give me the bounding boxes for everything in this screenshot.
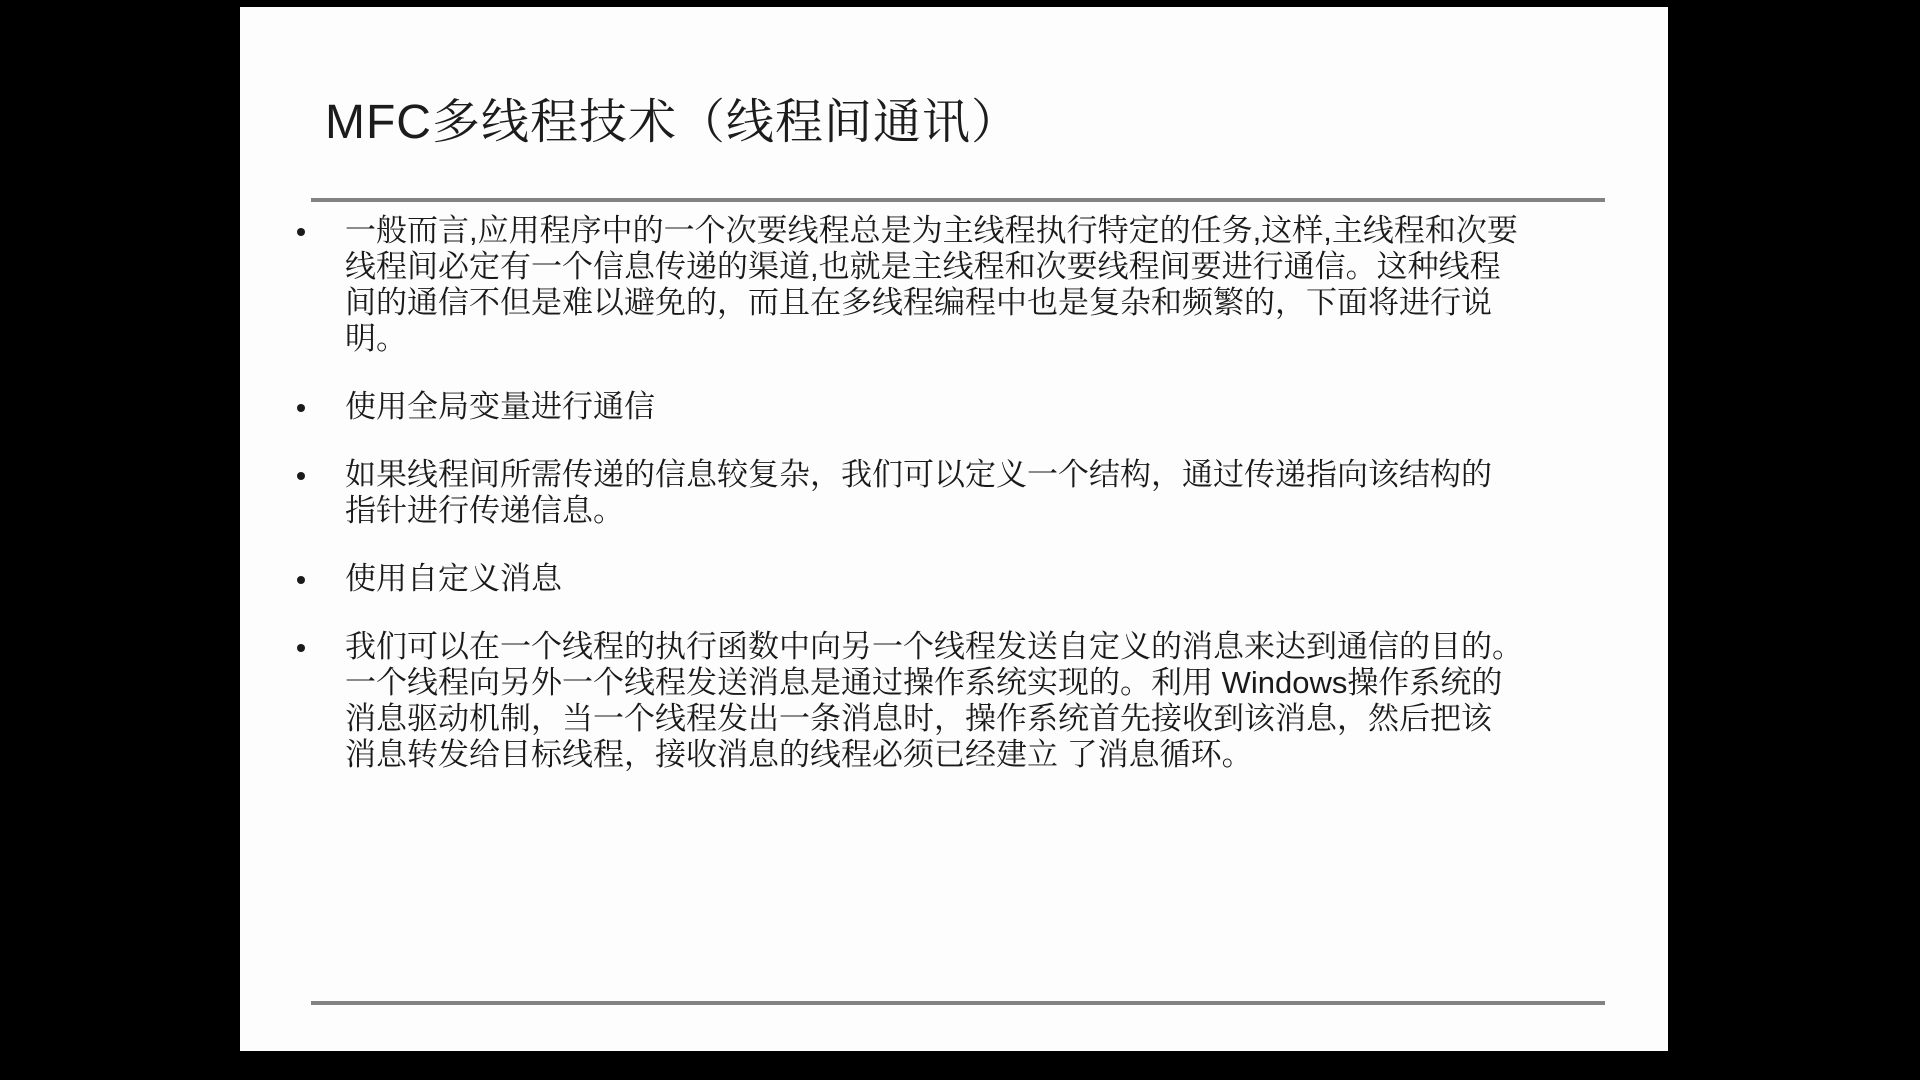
bullet-item: 使用全局变量进行通信 (287, 389, 1627, 425)
bullet-dot-icon (287, 213, 345, 249)
bullet-line: 消息转发给目标线程，接收消息的线程必须已经建立 了消息循环。 (345, 737, 1627, 773)
bullet-line: 使用全局变量进行通信 (345, 389, 1627, 425)
bullet-item: 如果线程间所需传递的信息较复杂，我们可以定义一个结构，通过传递指向该结构的指针进… (287, 457, 1627, 529)
bullet-item: 我们可以在一个线程的执行函数中向另一个线程发送自定义的消息来达到通信的目的。一个… (287, 629, 1627, 773)
slide-title: MFC多线程技术（线程间通讯） (325, 95, 1020, 151)
bullet-line: 使用自定义消息 (345, 561, 1627, 597)
presentation-slide: MFC多线程技术（线程间通讯） 一般而言,应用程序中的一个次要线程总是为主线程执… (240, 7, 1668, 1051)
bullet-line: 消息驱动机制，当一个线程发出一条消息时，操作系统首先接收到该消息，然后把该 (345, 701, 1627, 737)
bullet-text: 使用自定义消息 (345, 561, 1627, 597)
bullet-line: 间的通信不但是难以避免的，而且在多线程编程中也是复杂和频繁的，下面将进行说 (345, 285, 1627, 321)
bullet-dot-icon (287, 561, 345, 597)
bullet-text: 如果线程间所需传递的信息较复杂，我们可以定义一个结构，通过传递指向该结构的指针进… (345, 457, 1627, 529)
bullet-line: 明。 (345, 321, 1627, 357)
bullet-list: 一般而言,应用程序中的一个次要线程总是为主线程执行特定的任务,这样,主线程和次要… (287, 213, 1627, 805)
bullet-line: 线程间必定有一个信息传递的渠道,也就是主线程和次要线程间要进行通信。这种线程 (345, 249, 1627, 285)
bullet-line: 如果线程间所需传递的信息较复杂，我们可以定义一个结构，通过传递指向该结构的 (345, 457, 1627, 493)
bullet-dot-icon (287, 457, 345, 493)
bullet-line: 我们可以在一个线程的执行函数中向另一个线程发送自定义的消息来达到通信的目的。 (345, 629, 1627, 665)
footer-divider-line (311, 1001, 1605, 1005)
bullet-text: 一般而言,应用程序中的一个次要线程总是为主线程执行特定的任务,这样,主线程和次要… (345, 213, 1627, 357)
bullet-dot-icon (287, 389, 345, 425)
title-divider-line (311, 198, 1605, 202)
bullet-line: 一个线程向另外一个线程发送消息是通过操作系统实现的。利用 Windows操作系统… (345, 665, 1627, 701)
screen: MFC多线程技术（线程间通讯） 一般而言,应用程序中的一个次要线程总是为主线程执… (0, 0, 1920, 1080)
bullet-dot-icon (287, 629, 345, 665)
bullet-item: 使用自定义消息 (287, 561, 1627, 597)
bullet-line: 一般而言,应用程序中的一个次要线程总是为主线程执行特定的任务,这样,主线程和次要 (345, 213, 1627, 249)
bullet-text: 使用全局变量进行通信 (345, 389, 1627, 425)
bullet-text: 我们可以在一个线程的执行函数中向另一个线程发送自定义的消息来达到通信的目的。一个… (345, 629, 1627, 773)
bullet-line: 指针进行传递信息。 (345, 493, 1627, 529)
bullet-item: 一般而言,应用程序中的一个次要线程总是为主线程执行特定的任务,这样,主线程和次要… (287, 213, 1627, 357)
